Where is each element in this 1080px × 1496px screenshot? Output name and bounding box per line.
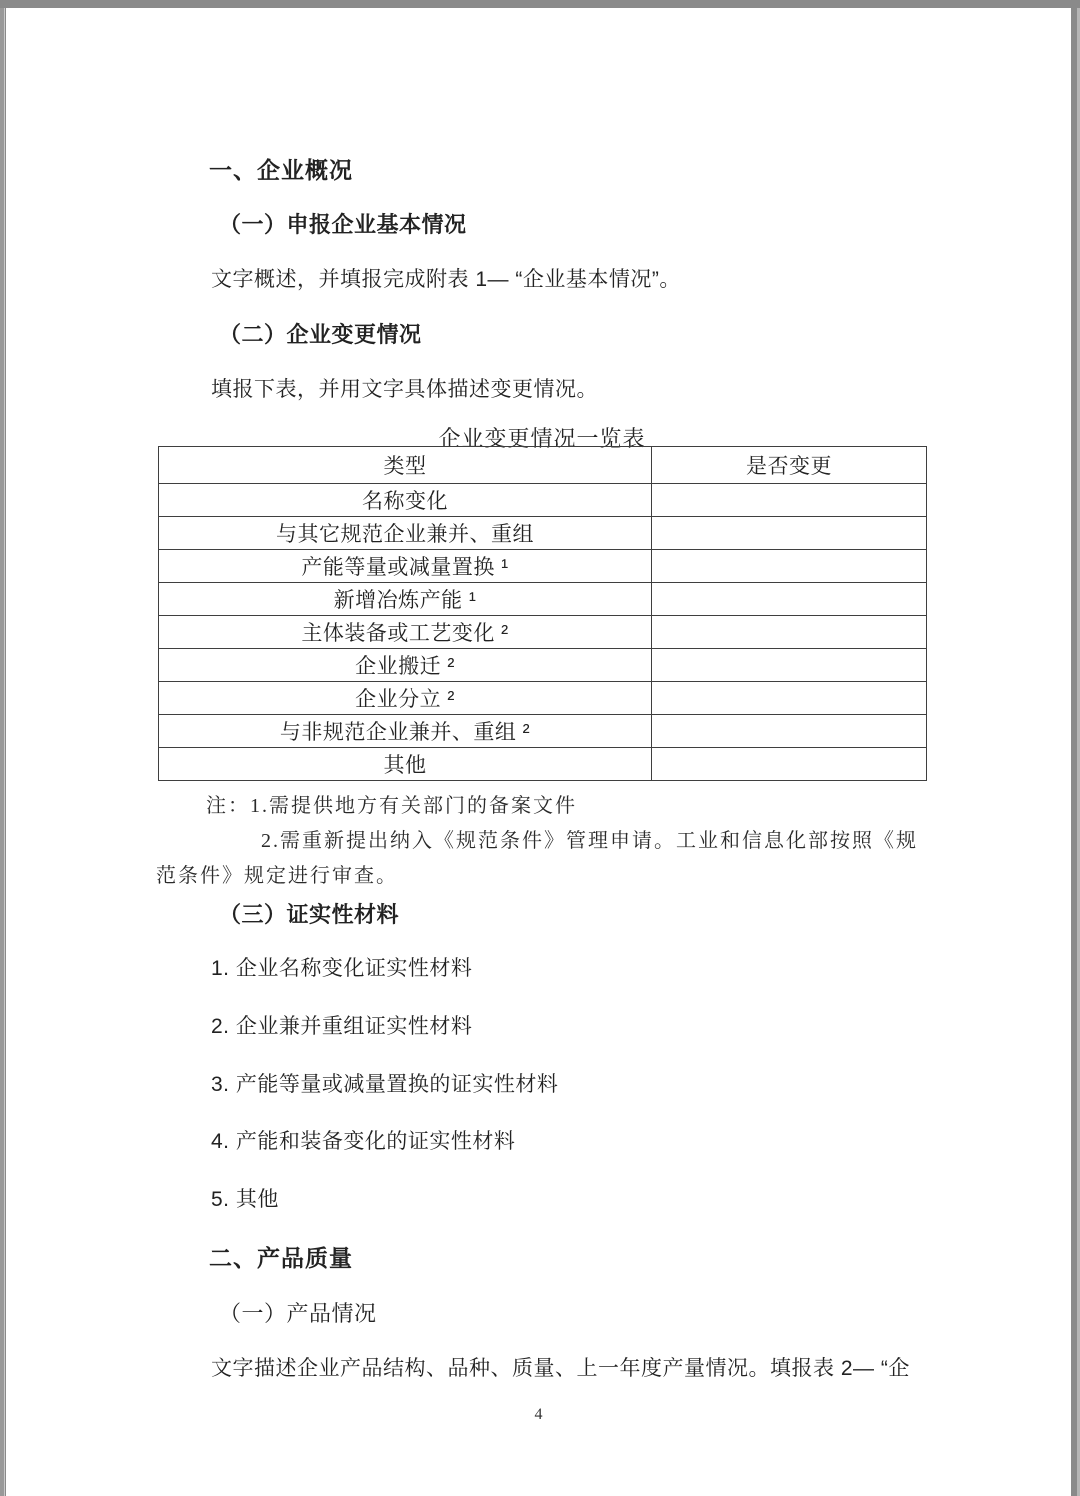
table-row: 主体装备或工艺变化 ² xyxy=(159,616,927,649)
evidence-item-2: 2. 企业兼并重组证实性材料 xyxy=(211,1010,472,1040)
cell-type: 与其它规范企业兼并、重组 xyxy=(159,517,652,550)
cell-type: 其他 xyxy=(159,748,652,781)
cell-type: 新增冶炼产能 ¹ xyxy=(159,583,652,616)
table-row: 产能等量或减量置换 ¹ xyxy=(159,550,927,583)
heading-basic-situation: （一）申报企业基本情况 xyxy=(219,208,467,239)
paragraph-basic-situation: 文字概述，并填报完成附表 1— “企业基本情况”。 xyxy=(211,263,681,293)
cell-changed xyxy=(652,583,927,616)
cell-type: 产能等量或减量置换 ¹ xyxy=(159,550,652,583)
change-table: 类型 是否变更 名称变化 与其它规范企业兼并、重组 产能等量或减量置换 ¹ 新增… xyxy=(158,446,927,781)
paragraph-product-description: 文字描述企业产品结构、品种、质量、上一年度产量情况。填报表 2— “企 xyxy=(211,1352,910,1382)
table-row: 企业搬迁 ² xyxy=(159,649,927,682)
cell-changed xyxy=(652,484,927,517)
table-row: 企业分立 ² xyxy=(159,682,927,715)
cell-type: 企业分立 ² xyxy=(159,682,652,715)
heading-evidence-materials: （三）证实性材料 xyxy=(219,898,399,929)
cell-type: 与非规范企业兼并、重组 ² xyxy=(159,715,652,748)
cell-changed xyxy=(652,715,927,748)
cell-type: 主体装备或工艺变化 ² xyxy=(159,616,652,649)
cell-changed xyxy=(652,649,927,682)
cell-changed xyxy=(652,682,927,715)
page-number: 4 xyxy=(6,1406,1071,1424)
column-header-type: 类型 xyxy=(159,447,652,484)
cell-type: 名称变化 xyxy=(159,484,652,517)
heading-product-quality: 二、产品质量 xyxy=(209,1240,353,1273)
table-note-line-3: 范条件》规定进行审查。 xyxy=(156,859,398,888)
cell-changed xyxy=(652,517,927,550)
table-row: 与非规范企业兼并、重组 ² xyxy=(159,715,927,748)
cell-changed xyxy=(652,550,927,583)
viewer-chrome-left xyxy=(0,8,5,1496)
evidence-item-3: 3. 产能等量或减量置换的证实性材料 xyxy=(211,1068,558,1098)
table-header-row: 类型 是否变更 xyxy=(159,447,927,484)
evidence-item-1: 1. 企业名称变化证实性材料 xyxy=(211,952,472,982)
heading-change-situation: （二）企业变更情况 xyxy=(219,318,422,349)
table-row: 名称变化 xyxy=(159,484,927,517)
table-note-line-1: 注：1.需提供地方有关部门的备案文件 xyxy=(206,789,577,818)
evidence-item-4: 4. 产能和装备变化的证实性材料 xyxy=(211,1125,515,1155)
cell-type: 企业搬迁 ² xyxy=(159,649,652,682)
viewer-chrome-right xyxy=(1071,8,1080,1496)
cell-changed xyxy=(652,616,927,649)
column-header-changed: 是否变更 xyxy=(652,447,927,484)
table-note-line-2: 2.需重新提出纳入《规范条件》管理申请。工业和信息化部按照《规 xyxy=(261,824,918,853)
evidence-item-5: 5. 其他 xyxy=(211,1183,279,1213)
table-row: 其他 xyxy=(159,748,927,781)
viewer-chrome-top xyxy=(0,0,1080,8)
table-row: 新增冶炼产能 ¹ xyxy=(159,583,927,616)
paragraph-change-instruction: 填报下表，并用文字具体描述变更情况。 xyxy=(211,373,598,403)
table-row: 与其它规范企业兼并、重组 xyxy=(159,517,927,550)
heading-product-situation: （一）产品情况 xyxy=(219,1297,377,1328)
cell-changed xyxy=(652,748,927,781)
heading-enterprise-overview: 一、企业概况 xyxy=(209,152,353,185)
document-page: 一、企业概况 （一）申报企业基本情况 文字概述，并填报完成附表 1— “企业基本… xyxy=(6,8,1071,1496)
